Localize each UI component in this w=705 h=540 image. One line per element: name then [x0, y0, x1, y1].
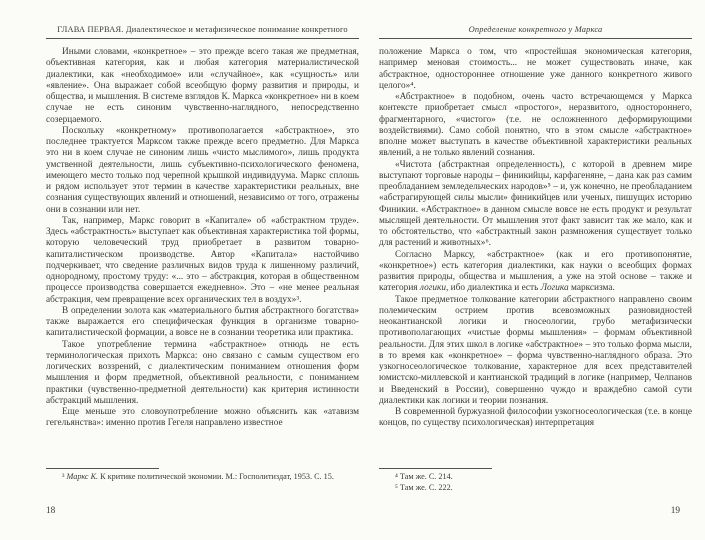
footnote: ⁴ Там же. С. 214. [379, 472, 692, 483]
paragraph: Согласно Марксу, «абстрактное» (как и ег… [379, 250, 692, 295]
paragraph-continuation: положение Маркса о том, что «простейшая … [379, 47, 692, 92]
page-right: Определение конкретного у Маркса положен… [379, 24, 692, 522]
right-running-header: Определение конкретного у Маркса [379, 24, 692, 39]
right-footnote-block: ⁴ Там же. С. 214. ⁵ Там же. С. 222. [379, 468, 692, 493]
paragraph: «Чистота (абстрактная определенность), с… [379, 160, 692, 250]
paragraph: В современной буржуазной философии узког… [379, 407, 692, 430]
paragraph-segment: , ибо диалектика и есть [446, 283, 541, 293]
footnote-text: Там же. С. 214. [400, 472, 453, 481]
paragraph: Еще меньше это словоупотребление можно о… [46, 407, 359, 430]
page-left: ГЛАВА ПЕРВАЯ. Диалектическое и метафизич… [46, 24, 359, 522]
footnote-author: Маркс К. [67, 472, 99, 481]
left-footnote-block: ³ Маркс К. К критике политической эконом… [46, 468, 359, 483]
book-spread: ГЛАВА ПЕРВАЯ. Диалектическое и метафизич… [0, 0, 705, 540]
footnote-separator-rule [46, 468, 159, 469]
paragraph-segment: марксизма. [569, 283, 615, 293]
left-running-header: ГЛАВА ПЕРВАЯ. Диалектическое и метафизич… [46, 24, 359, 39]
right-page-number: 19 [671, 506, 680, 516]
paragraph: «Абстрактное» в подобном, очень часто вс… [379, 92, 692, 160]
left-body-text: Иными словами, «конкретное» – это прежде… [46, 47, 359, 430]
footnote-separator-rule [379, 468, 492, 469]
footnote-text: Там же. С. 222. [400, 483, 453, 492]
paragraph-segment-italic: Логика [541, 283, 569, 293]
paragraph-segment-italic: логики [420, 283, 446, 293]
paragraph: В определении золота как «материального … [46, 306, 359, 340]
paragraph: Так, например, Маркс говорит в «Капитале… [46, 216, 359, 306]
footnote: ⁵ Там же. С. 222. [379, 483, 692, 494]
left-page-number: 18 [46, 506, 55, 516]
paragraph: Такое предметное толкование категории аб… [379, 295, 692, 408]
footnote-text: К критике политической экономии. М.: Гос… [98, 472, 334, 481]
paragraph: Поскольку «конкретному» противополагаетс… [46, 126, 359, 216]
paragraph: Иными словами, «конкретное» – это прежде… [46, 47, 359, 126]
footnote: ³ Маркс К. К критике политической эконом… [46, 472, 359, 483]
right-body-text: положение Маркса о том, что «простейшая … [379, 47, 692, 430]
paragraph: Такое употребление термина «абстрактное»… [46, 340, 359, 408]
